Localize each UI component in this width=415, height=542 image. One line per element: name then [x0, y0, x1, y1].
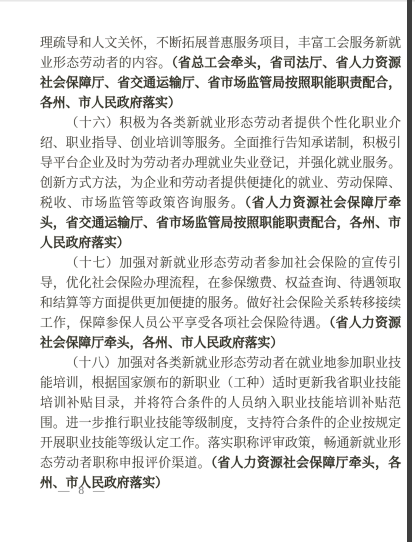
paragraph-1: 理疏导和人文关怀，不断拓展普惠服务项目，丰富工会服务新就业形态劳动者的内容。（省… — [40, 33, 401, 113]
document-page: 理疏导和人文关怀，不断拓展普惠服务项目，丰富工会服务新就业形态劳动者的内容。（省… — [0, 0, 415, 542]
scan-edge-shadow-bar — [407, 0, 412, 542]
paragraph-4: （十八）加强对各类新就业形态劳动者在就业地参加职业技能培训，根据国家颁布的新职业… — [40, 353, 401, 493]
page-top-edge — [0, 0, 415, 2]
paragraph-2: （十六）积极为各类新就业形态劳动者提供个性化职业介绍、职业指导、创业培训等服务。… — [40, 113, 401, 253]
page-number: — 8 — — [58, 485, 108, 497]
text-run: （十八）加强对各类新就业形态劳动者在就业地参加职业技能培训，根据国家颁布的新职业… — [40, 356, 401, 470]
paragraph-3: （十七）加强对新就业形态劳动者参加社会保险的宣传引导，优化社会保险办理流程，在参… — [40, 253, 401, 353]
document-body: 理疏导和人文关怀，不断拓展普惠服务项目，丰富工会服务新就业形态劳动者的内容。（省… — [40, 33, 401, 493]
